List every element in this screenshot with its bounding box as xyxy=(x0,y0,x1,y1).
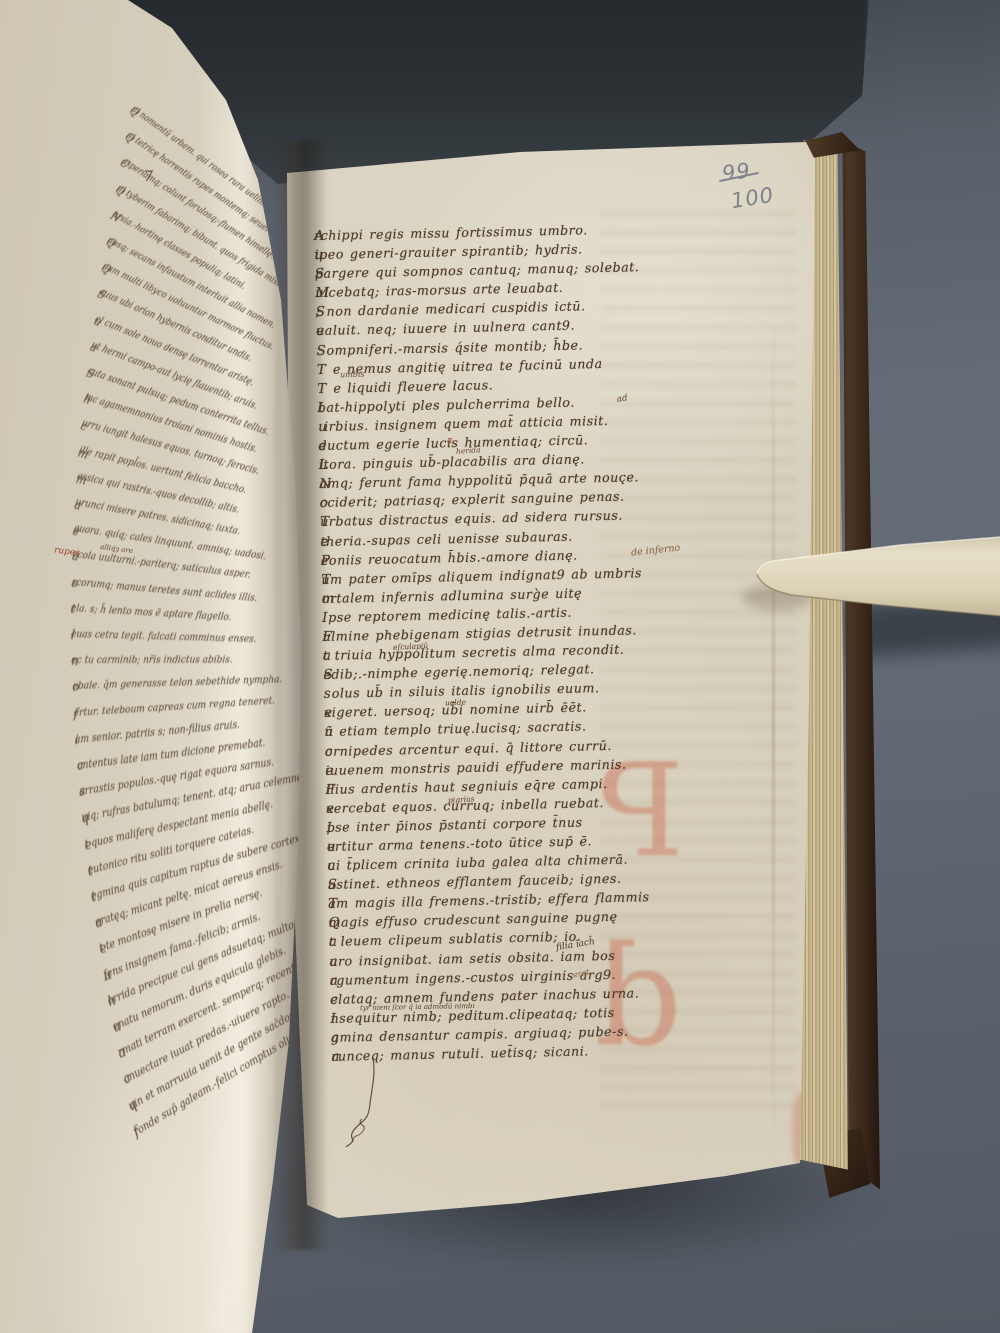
manuscript-photo: P d Archippi regis missu fortissimus umb… xyxy=(0,0,1000,1333)
bone-folder xyxy=(0,0,1000,1333)
